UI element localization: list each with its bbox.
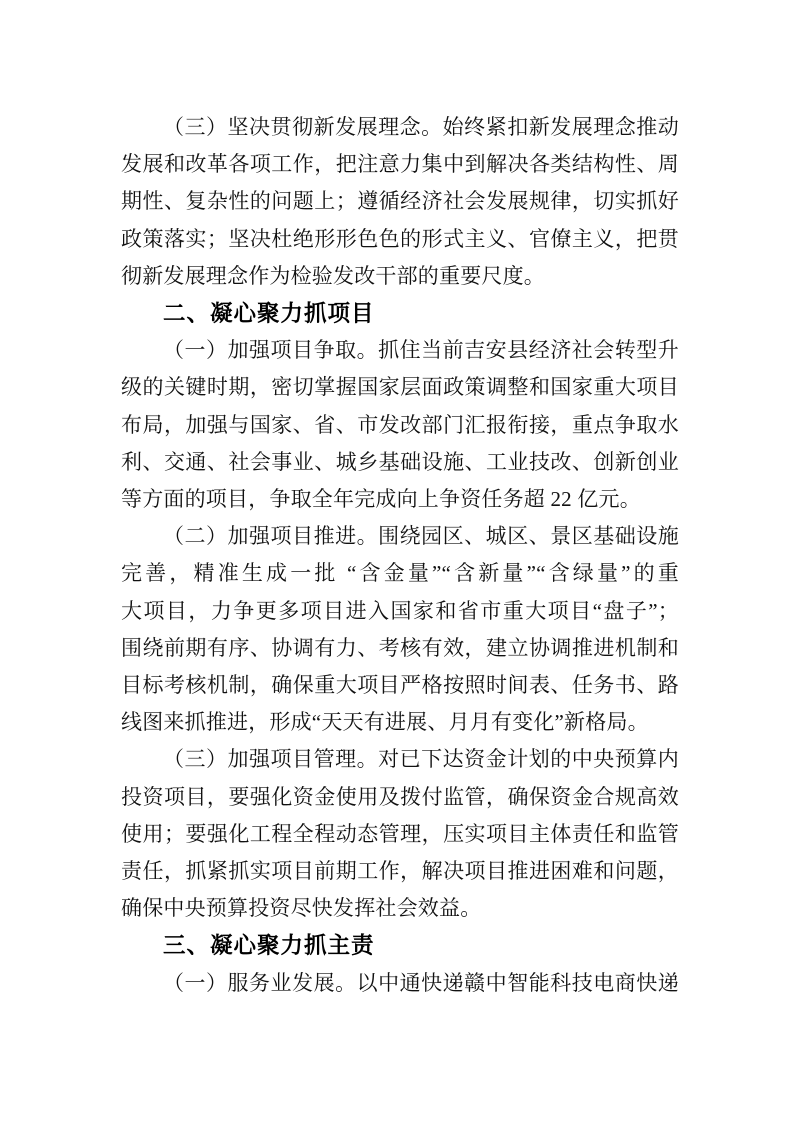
text-line: 投资项目，要强化资金使用及拨付监管，确保资金合规高效 bbox=[121, 779, 679, 816]
text-line: 围绕前期有序、协调有力、考核有效，建立协调推进机制和 bbox=[121, 630, 679, 667]
document-body: （三）坚决贯彻新发展理念。始终紧扣新发展理念推动发展和改革各项工作，把注意力集中… bbox=[121, 109, 679, 1002]
text-line: （一）加强项目争取。抓住当前吉安县经济社会转型升 bbox=[121, 332, 679, 369]
text-line: 线图来抓推进，形成“天天有进展、月月有变化”新格局。 bbox=[121, 704, 679, 741]
text-line: 使用；要强化工程全程动态管理，压实项目主体责任和监管 bbox=[121, 816, 679, 853]
text-line: 等方面的项目，争取全年完成向上争资任务超 22 亿元。 bbox=[121, 481, 679, 518]
text-line: 级的关键时期，密切掌握国家层面政策调整和国家重大项目 bbox=[121, 369, 679, 406]
text-line: 政策落实；坚决杜绝形形色色的形式主义、官僚主义，把贯 bbox=[121, 221, 679, 258]
section-heading: 三、凝心聚力抓主责 bbox=[121, 927, 679, 964]
paragraph: （三）坚决贯彻新发展理念。始终紧扣新发展理念推动发展和改革各项工作，把注意力集中… bbox=[121, 109, 679, 295]
text-line: 大项目，力争更多项目进入国家和省市重大项目“盘子”； bbox=[121, 593, 679, 630]
text-line: 利、交通、社会事业、城乡基础设施、工业技改、创新创业 bbox=[121, 444, 679, 481]
text-line: 发展和改革各项工作，把注意力集中到解决各类结构性、周 bbox=[121, 146, 679, 183]
text-line: 责任，抓紧抓实项目前期工作，解决项目推进困难和问题， bbox=[121, 853, 679, 890]
text-line: （一）服务业发展。以中通快递赣中智能科技电商快递 bbox=[121, 965, 679, 1002]
text-line: 二、凝心聚力抓项目 bbox=[121, 295, 679, 332]
text-line: 布局，加强与国家、省、市发改部门汇报衔接，重点争取水 bbox=[121, 407, 679, 444]
text-line: 期性、复杂性的问题上；遵循经济社会发展规律，切实抓好 bbox=[121, 183, 679, 220]
text-line: （二）加强项目推进。围绕园区、城区、景区基础设施 bbox=[121, 518, 679, 555]
paragraph: （一）服务业发展。以中通快递赣中智能科技电商快递 bbox=[121, 965, 679, 1002]
paragraph: （一）加强项目争取。抓住当前吉安县经济社会转型升级的关键时期，密切掌握国家层面政… bbox=[121, 332, 679, 518]
section-heading: 二、凝心聚力抓项目 bbox=[121, 295, 679, 332]
text-line: 彻新发展理念作为检验发改干部的重要尺度。 bbox=[121, 258, 679, 295]
document-page: （三）坚决贯彻新发展理念。始终紧扣新发展理念推动发展和改革各项工作，把注意力集中… bbox=[0, 0, 793, 1122]
text-line: 完善，精准生成一批 “含金量”“含新量”“含绿量”的重 bbox=[121, 555, 679, 592]
text-line: （三）坚决贯彻新发展理念。始终紧扣新发展理念推动 bbox=[121, 109, 679, 146]
paragraph: （三）加强项目管理。对已下达资金计划的中央预算内投资项目，要强化资金使用及拨付监… bbox=[121, 741, 679, 927]
text-line: 目标考核机制，确保重大项目严格按照时间表、任务书、路 bbox=[121, 667, 679, 704]
paragraph: （二）加强项目推进。围绕园区、城区、景区基础设施完善，精准生成一批 “含金量”“… bbox=[121, 518, 679, 741]
text-line: 三、凝心聚力抓主责 bbox=[121, 927, 679, 964]
text-line: （三）加强项目管理。对已下达资金计划的中央预算内 bbox=[121, 741, 679, 778]
text-line: 确保中央预算投资尽快发挥社会效益。 bbox=[121, 890, 679, 927]
